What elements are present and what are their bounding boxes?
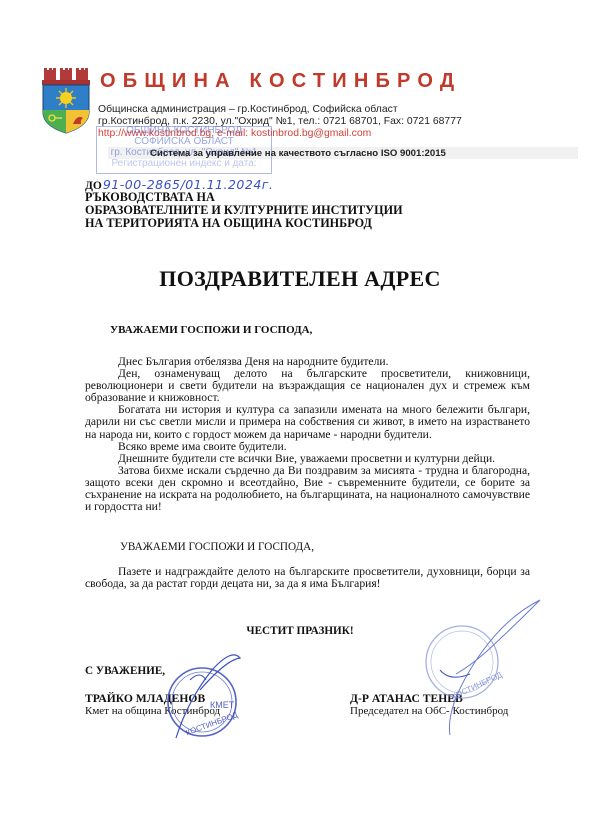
closing-paragraph: Пазете и надграждайте делото на българск… (85, 566, 530, 590)
closing-text: Пазете и надграждайте делото на българск… (85, 566, 530, 590)
greeting: УВАЖАЕМИ ГОСПОЖИ И ГОСПОДА, (110, 324, 312, 336)
coat-of-arms-icon (40, 68, 92, 134)
chairman-name: Д-Р АТАНАС ТЕНЕВ (350, 692, 463, 705)
holiday-wish: ЧЕСТИТ ПРАЗНИК! (0, 625, 600, 637)
regards: С УВАЖЕНИЕ, (85, 665, 165, 677)
reg-stamp-line-2: СОФИЙСКА ОБЛАСТ (97, 136, 271, 147)
mayor-stamp-icon: КМЕТ КОСТИНБРОД (140, 640, 260, 740)
municipality-title: ОБЩИНА КОСТИНБРОД (100, 70, 461, 93)
paragraph: Богатата ни история и култура са запазил… (85, 404, 530, 440)
greeting-2: УВАЖАЕМИ ГОСПОЖИ И ГОСПОДА, (120, 541, 314, 553)
paragraph: Ден, ознаменуващ делото на българските п… (85, 368, 530, 404)
paragraph: Затова бихме искали сърдечно да Ви поздр… (85, 465, 530, 513)
reg-stamp-line-1: ОБЩИНА КОСТИНБРОД (97, 125, 271, 136)
chairman-stamp-icon: КОСТИНБРОД (390, 590, 560, 740)
body-text: Днес България отбелязва Деня на народнит… (85, 356, 530, 513)
addressee-line-3: НА ТЕРИТОРИЯТА НА ОБЩИНА КОСТИНБРОД (85, 216, 372, 231)
iso-text: Система за управление на качеството съгл… (150, 148, 446, 159)
paragraph: Всяко време има своите будители. (85, 441, 530, 453)
reg-stamp-line-4: Регистрационен индекс и дата: (97, 158, 271, 169)
mayor-role: Кмет на община Костинброд (85, 705, 220, 717)
document-title: ПОЗДРАВИТЕЛЕН АДРЕС (0, 266, 600, 292)
header-administration-line: Общинска администрация – гр.Костинброд, … (98, 104, 398, 115)
chairman-role: Председател на ОбС- Костинброд (350, 705, 508, 717)
mayor-name: ТРАЙКО МЛАДЕНОВ (85, 692, 205, 705)
